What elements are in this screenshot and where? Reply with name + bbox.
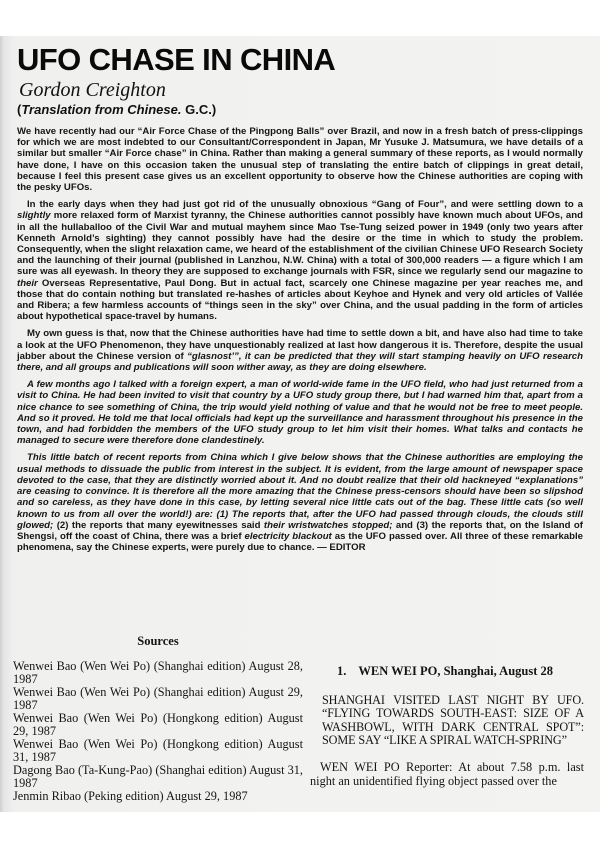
report-number: 1. bbox=[337, 664, 346, 678]
italic-text: their bbox=[17, 278, 38, 289]
italic-text: their wristwatches stopped; bbox=[264, 520, 392, 531]
italic-text: electricity blackout bbox=[245, 531, 332, 542]
sources-list: Wenwei Bao (Wen Wei Po) (Shanghai editio… bbox=[13, 660, 303, 803]
report-heading: 1.WEN WEI PO, Shanghai, August 28 bbox=[337, 664, 584, 679]
sources-section: Sources Wenwei Bao (Wen Wei Po) (Shangha… bbox=[13, 634, 303, 803]
source-item: Wenwei Bao (Wen Wei Po) (Hongkong editio… bbox=[13, 712, 303, 738]
editorial-introduction: We have recently had our “Air Force Chas… bbox=[17, 126, 583, 559]
source-item: Wenwei Bao (Wen Wei Po) (Hongkong editio… bbox=[13, 738, 303, 764]
source-item: Wenwei Bao (Wen Wei Po) (Shanghai editio… bbox=[13, 686, 303, 712]
source-item: Dagong Bao (Ta-Kung-Pao) (Shanghai editi… bbox=[13, 764, 303, 790]
translation-note-rest: G.C.) bbox=[181, 102, 216, 117]
text: In the early days when they had just got… bbox=[27, 199, 583, 210]
text: We have recently had our “Air Force Chas… bbox=[17, 126, 583, 193]
intro-paragraph: This little batch of recent reports from… bbox=[17, 452, 583, 553]
sources-heading: Sources bbox=[13, 634, 303, 649]
text: Overseas Representative, Paul Dong. But … bbox=[17, 278, 583, 323]
italic-text: A few months ago I talked with a foreign… bbox=[17, 379, 583, 446]
text: (2) the reports that many eyewitnesses s… bbox=[53, 520, 264, 531]
intro-paragraph: A few months ago I talked with a foreign… bbox=[17, 379, 583, 446]
translation-note: (Translation from Chinese. G.C.) bbox=[17, 103, 216, 116]
article-author: Gordon Creighton bbox=[19, 80, 166, 100]
intro-paragraph: We have recently had our “Air Force Chas… bbox=[17, 126, 583, 193]
source-item: Wenwei Bao (Wen Wei Po) (Shanghai editio… bbox=[13, 660, 303, 686]
text: more relaxed form of Marxist tyranny, th… bbox=[17, 210, 583, 277]
italic-text: slightly bbox=[17, 210, 51, 221]
document-page: UFO CHASE IN CHINA Gordon Creighton (Tra… bbox=[0, 36, 600, 812]
translation-note-italic: Translation from Chinese. bbox=[21, 102, 181, 117]
article-title: UFO CHASE IN CHINA bbox=[17, 44, 335, 75]
report-section: 1.WEN WEI PO, Shanghai, August 28 SHANGH… bbox=[322, 664, 584, 788]
source-item: Jenmin Ribao (Peking edition) August 29,… bbox=[13, 790, 303, 803]
report-headline: SHANGHAI VISITED LAST NIGHT BY UFO. “FLY… bbox=[322, 694, 584, 748]
report-heading-text: WEN WEI PO, Shanghai, August 28 bbox=[358, 664, 553, 678]
intro-paragraph: My own guess is that, now that the Chine… bbox=[17, 328, 583, 373]
report-body: WEN WEI PO Reporter: At about 7.58 p.m. … bbox=[310, 760, 584, 788]
intro-paragraph: In the early days when they had just got… bbox=[17, 199, 583, 322]
